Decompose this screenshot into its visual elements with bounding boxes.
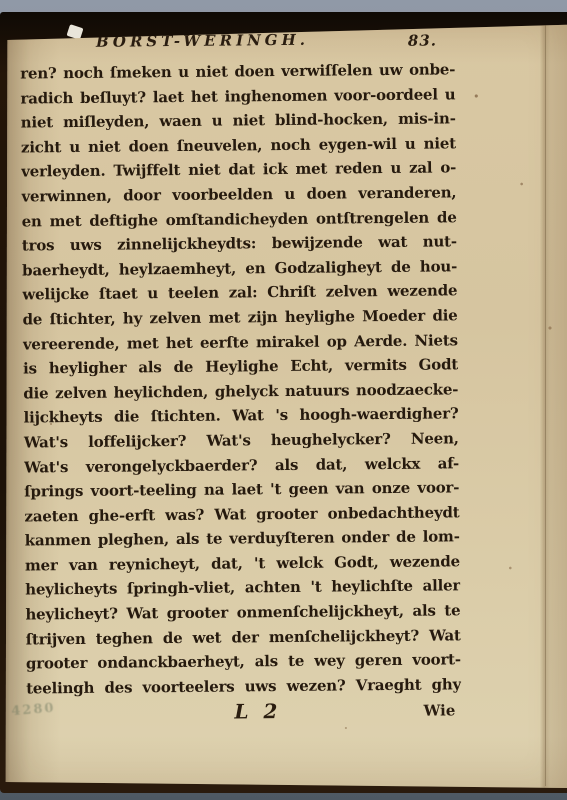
page-content: BORST-WERINGH. 83. ren? noch ſmeken u ni… [0,0,567,800]
body-text: ren? noch ſmeken u niet doen verwiſſelen… [20,57,461,701]
book-page-photo: BORST-WERINGH. 83. ren? noch ſmeken u ni… [0,0,567,800]
signature-mark: L 2 [234,699,281,723]
text-line: is heyligher als de Heylighe Echt, vermi… [23,352,458,381]
text-line: Wat's loffelijcker? Wat's heughelycker? … [24,426,459,455]
text-line: ſprings voort-teeling na laet 't geen va… [24,475,459,504]
signature-row: L 2 Wie [26,697,461,731]
text-line: heylicheyt? Wat grooter onmenſchelijckhe… [25,598,460,627]
page-number: 83. [408,32,437,50]
text-line: teelingh des voorteelers uws wezen? Vrae… [26,672,461,701]
text-line: ren? noch ſmeken u niet doen verwiſſelen… [20,57,455,86]
text-line: verwinnen, door voorbeelden u doen veran… [21,180,456,209]
book-page: BORST-WERINGH. 83. ren? noch ſmeken u ni… [0,0,567,800]
catchword: Wie [423,701,455,719]
text-line: de ſtichter, hy zelven met zijn heylighe… [22,303,457,332]
